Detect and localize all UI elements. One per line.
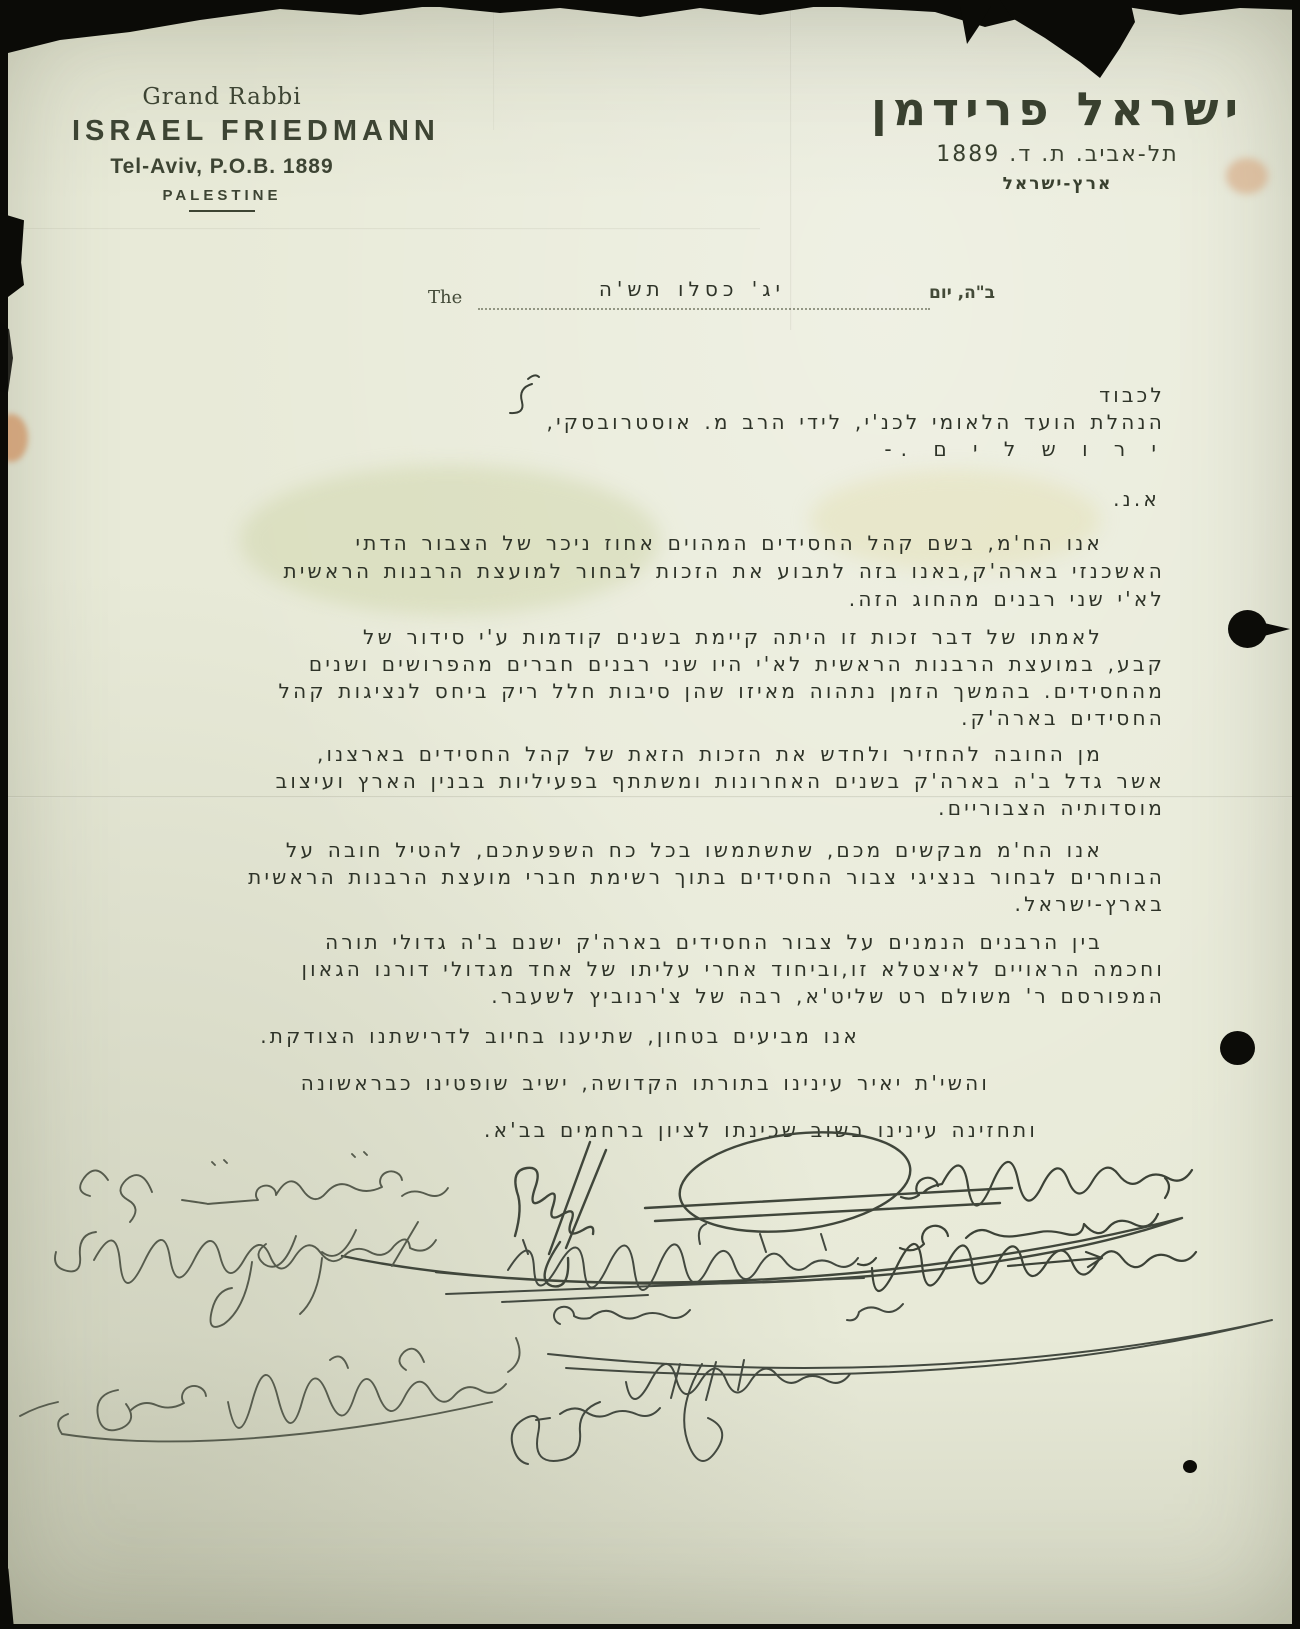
signatures-layer: [0, 0, 1300, 1629]
sig-stroke: [515, 1168, 593, 1236]
sig-stroke: [182, 1171, 402, 1204]
sig-stroke: [858, 1258, 876, 1265]
signature-center-name-line: [446, 1224, 1272, 1375]
sig-stroke: [847, 1304, 903, 1320]
sig-stroke: [549, 1142, 606, 1254]
sig-stroke: [536, 1408, 660, 1420]
sig-stroke: [402, 1188, 448, 1196]
sig-stroke: [97, 1390, 131, 1430]
sig-stroke: [330, 1349, 424, 1370]
sig-oval-loop: [674, 1120, 916, 1244]
sig-stroke: [548, 1320, 1272, 1375]
sig-stroke: [510, 384, 532, 413]
sig-stroke: [342, 1218, 1182, 1284]
recipient-annotation-mark: [510, 375, 539, 413]
sig-stroke: [872, 1244, 1196, 1291]
sig-stroke: [528, 375, 539, 379]
sig-stroke: [512, 1402, 600, 1464]
sig-stroke: [924, 1162, 1192, 1206]
sig-stroke: [626, 1364, 850, 1399]
scanned-letter: Grand Rabbi ISRAEL FRIEDMANN Tel-Aviv, P…: [0, 0, 1300, 1629]
sig-stroke: [508, 1338, 520, 1372]
sig-stroke: [55, 1232, 96, 1271]
sig-stroke: [554, 1307, 690, 1324]
signature-bottom-left: [20, 1338, 520, 1441]
sig-stroke: [645, 1188, 1012, 1221]
sig-stroke: [228, 1375, 506, 1428]
sig-stroke: [58, 1402, 492, 1441]
sig-stroke: [130, 1386, 206, 1411]
sig-stroke: [20, 1402, 58, 1416]
sig-stroke: [1165, 1178, 1169, 1198]
signature-cluster-left: [55, 1152, 448, 1327]
sig-stroke: [211, 1258, 323, 1327]
sig-stroke: [212, 1152, 367, 1165]
sig-stroke: [900, 1226, 948, 1250]
sig-stroke: [94, 1239, 436, 1283]
sig-stroke: [80, 1170, 152, 1222]
